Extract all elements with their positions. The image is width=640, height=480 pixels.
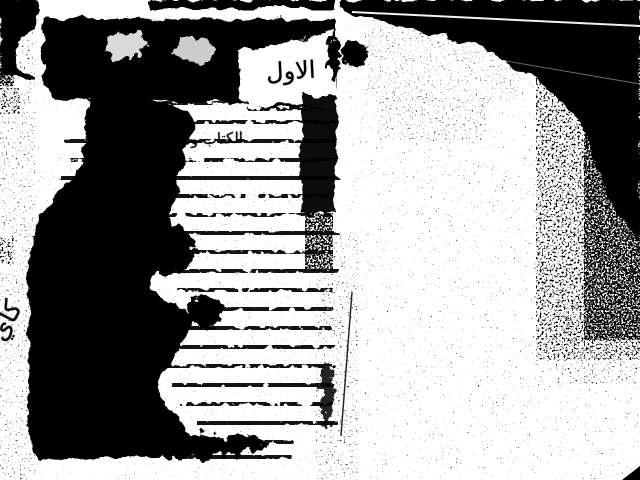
- text-line-smudge: [86, 121, 332, 124]
- right-edge-streak: [630, 120, 640, 320]
- gutter-noise: [316, 232, 358, 480]
- gutter-ink-smear: [320, 364, 334, 424]
- text-line-smudge: [140, 214, 331, 217]
- text-line-smudge: [72, 159, 333, 162]
- text-line-smudge: [186, 327, 330, 330]
- stain-paper-hole: [103, 33, 147, 57]
- text-line-smudge: [192, 308, 332, 311]
- manuscript-scan: الاول الكتاب وقفه خزانته كاي // populate…: [0, 0, 640, 480]
- text-line-smudge: [186, 456, 290, 459]
- stain-paper-hole: [175, 39, 215, 65]
- text-line-smudge: [112, 195, 206, 198]
- text-line-smudge: [170, 270, 333, 273]
- gutter: [316, 232, 358, 480]
- page-top-edge: [148, 0, 336, 9]
- text-line-smudge: [188, 403, 331, 406]
- ink-mass-speckle-fade: [556, 300, 640, 384]
- heading-annotation: الاول: [251, 55, 331, 95]
- waqf-fragment-2: خزانته: [146, 149, 182, 166]
- right-page-speck-cluster: [376, 94, 486, 140]
- waqf-fragment-1: الكتاب وقفه: [168, 129, 244, 150]
- text-line-smudge: [198, 422, 332, 425]
- text-line-smudge: [152, 232, 333, 235]
- left-edge-smudge: [0, 88, 20, 114]
- text-line-smudge: [170, 346, 332, 349]
- ink-mass-droplet: [342, 41, 368, 67]
- text-line-smudge: [164, 365, 330, 368]
- text-line-smudge: [196, 441, 288, 444]
- left-edge-smudge: [0, 238, 14, 264]
- text-line-smudge: [174, 384, 333, 387]
- text-line-smudge: [164, 251, 330, 254]
- text-line-smudge: [180, 289, 331, 292]
- text-line-smudge: [66, 177, 336, 180]
